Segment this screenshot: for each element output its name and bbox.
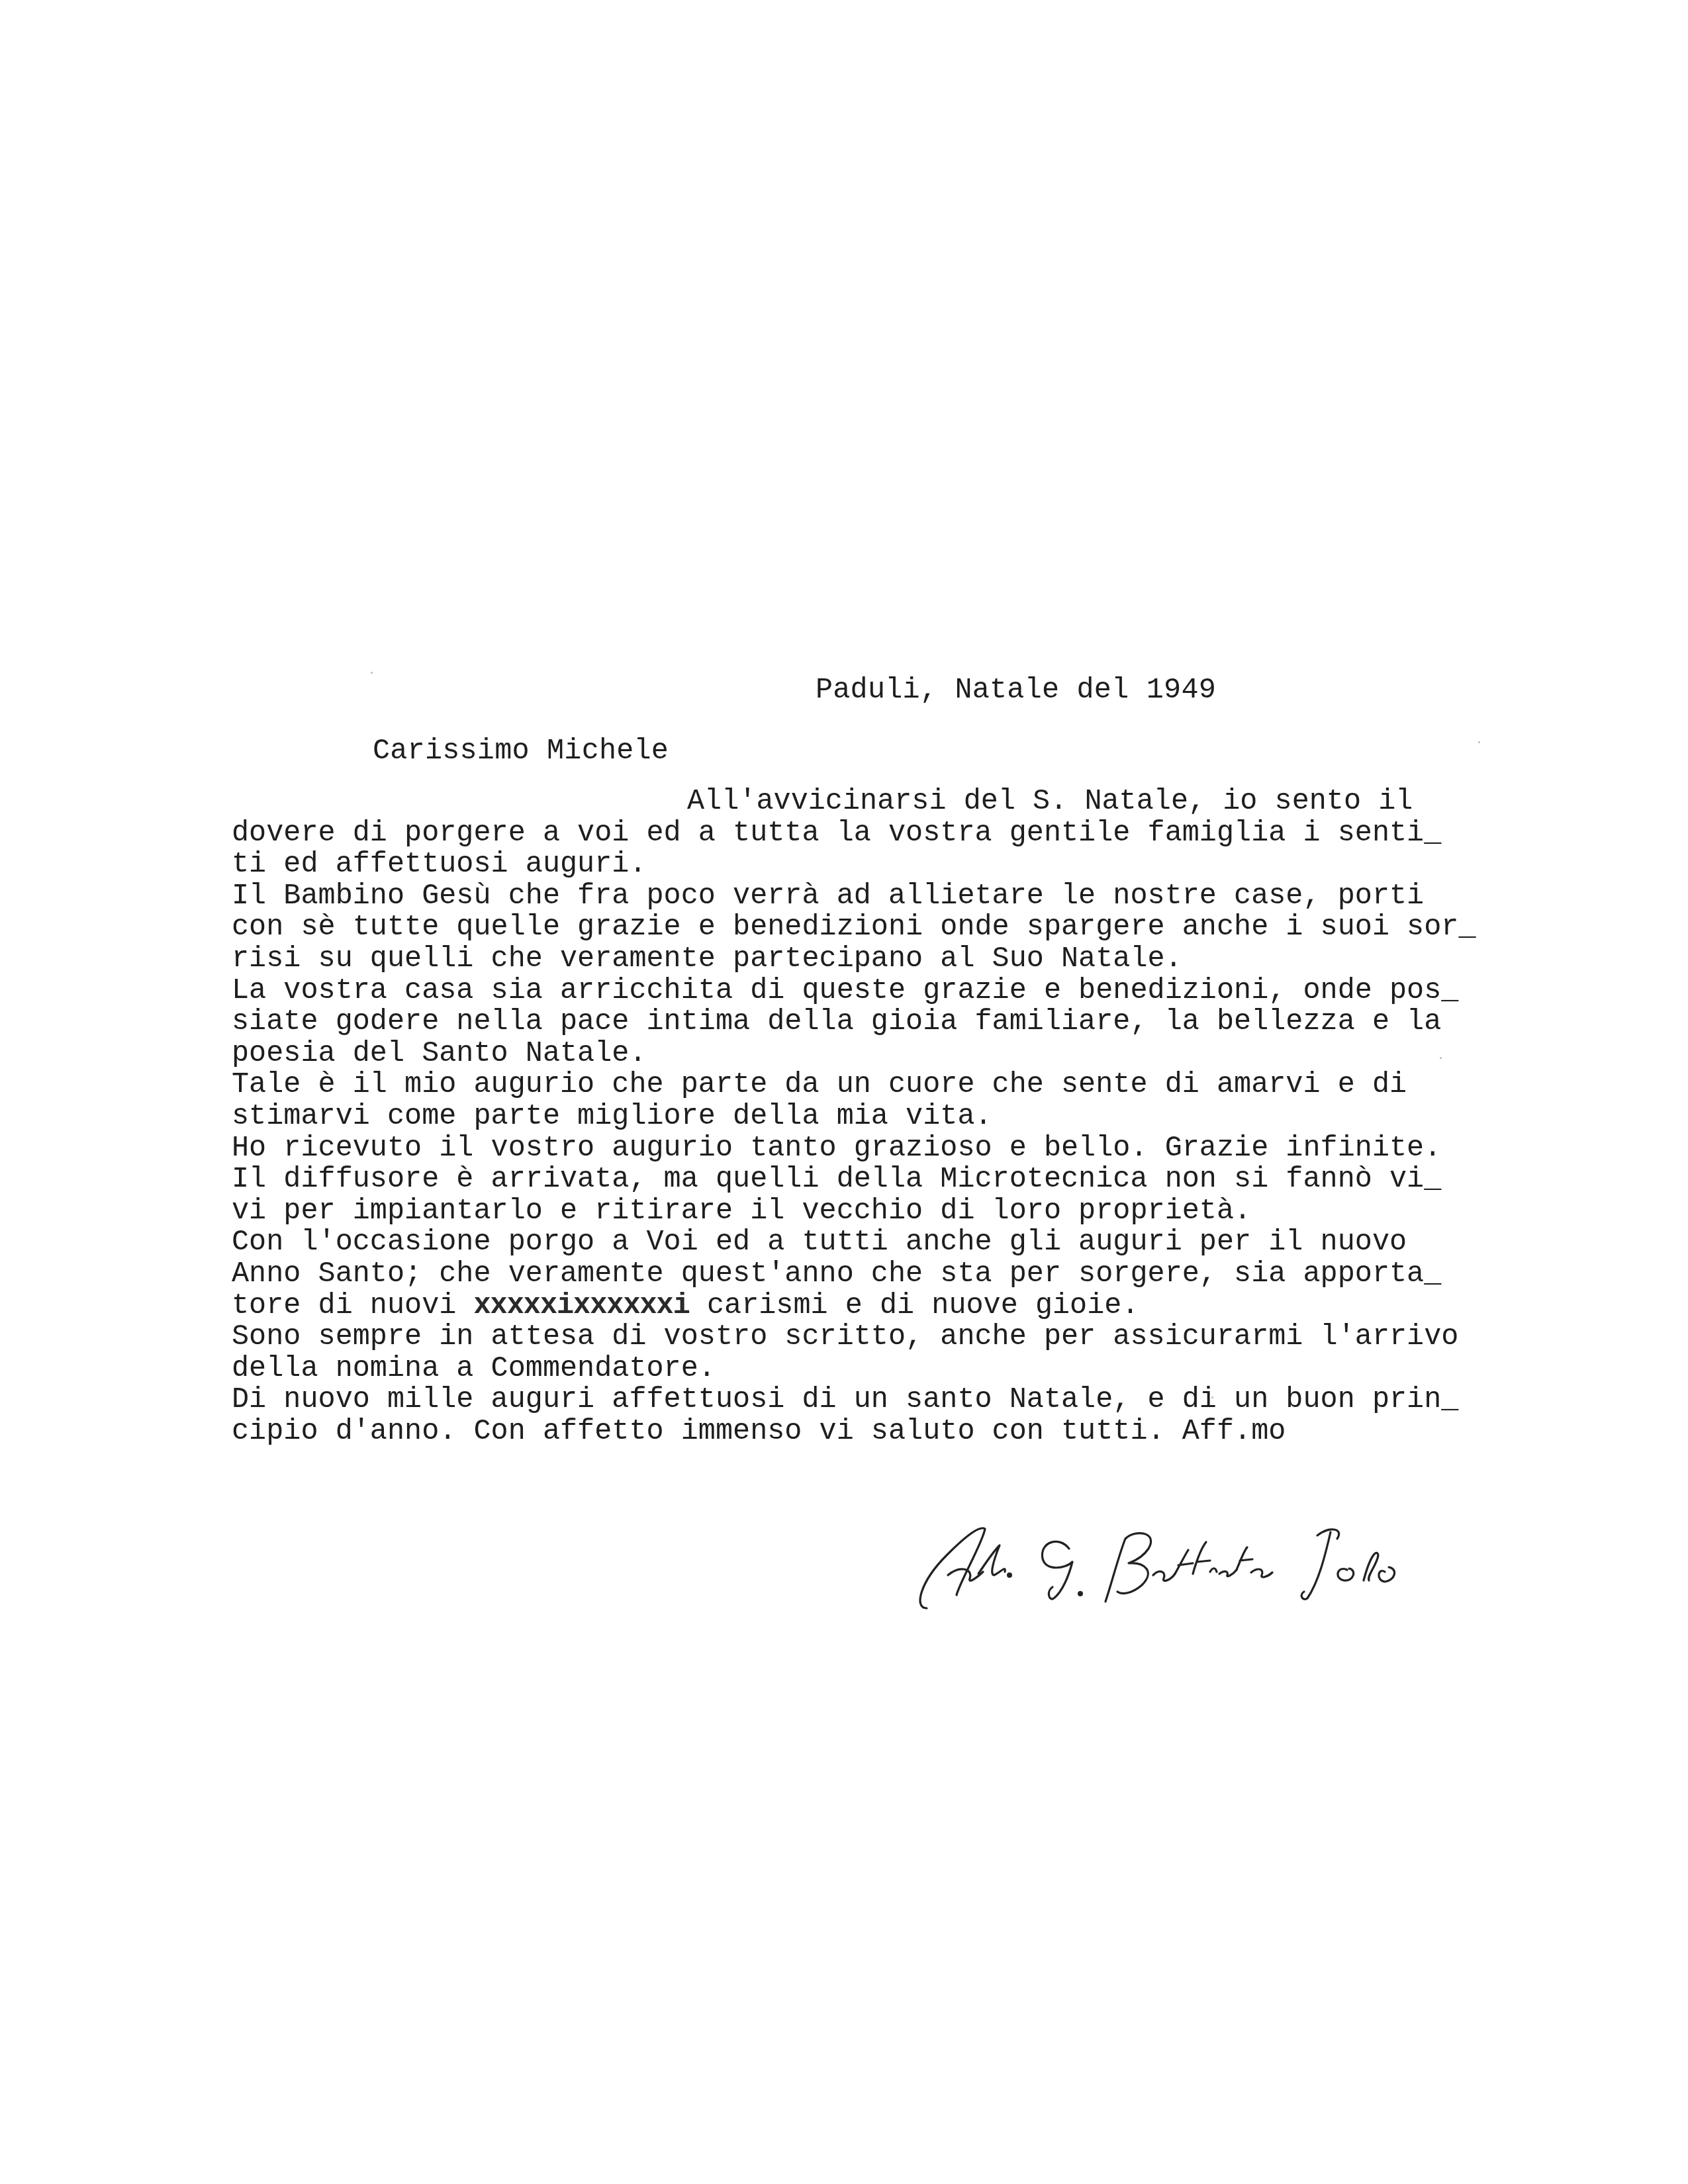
handwritten-signature bbox=[907, 1509, 1470, 1621]
body-line: Anno Santo; che veramente quest'anno che… bbox=[232, 1259, 1556, 1291]
body-line: Con l'occasione porgo a Voi ed a tutti a… bbox=[232, 1227, 1556, 1259]
body-line: Il Bambino Gesù che fra poco verrà ad al… bbox=[232, 881, 1556, 913]
body-line: La vostra casa sia arricchita di queste … bbox=[232, 976, 1556, 1007]
body-line: della nomina a Commendatore. bbox=[232, 1353, 1556, 1385]
body-line: con sè tutte quelle grazie e benedizioni… bbox=[232, 912, 1556, 944]
body-line: Il diffusore è arrivata, ma quelli della… bbox=[232, 1164, 1556, 1196]
struck-out-text: xxxxxixxxxxxi bbox=[473, 1290, 689, 1322]
body-line: Sono sempre in attesa di vostro scritto,… bbox=[232, 1322, 1556, 1353]
body-line: Ho ricevuto il vostro augurio tanto graz… bbox=[232, 1133, 1556, 1165]
body-line: vi per impiantarlo e ritirare il vecchio… bbox=[232, 1196, 1556, 1228]
letter-page: Paduli, Natale del 1949 Carissimo Michel… bbox=[0, 0, 1688, 2184]
body-line: risi su quelli che veramente partecipano… bbox=[232, 944, 1556, 976]
body-line: Tale è il mio augurio che parte da un cu… bbox=[232, 1069, 1556, 1101]
body-line-with-strikeout: tore di nuovi xxxxxixxxxxxi carismi e di… bbox=[232, 1291, 1556, 1322]
body-line: All'avvicinarsi del S. Natale, io sento … bbox=[232, 786, 1556, 818]
signature-scribble-icon bbox=[907, 1509, 1470, 1621]
body-line: Di nuovo mille auguri affettuosi di un s… bbox=[232, 1385, 1556, 1416]
paper-speck bbox=[371, 672, 373, 674]
place-date: Paduli, Natale del 1949 bbox=[816, 676, 1216, 705]
body-line: siate godere nella pace intima della gio… bbox=[232, 1007, 1556, 1038]
paper-speck bbox=[1478, 741, 1480, 743]
body-line: poesia del Santo Natale. bbox=[232, 1038, 1556, 1070]
body-line: ti ed affettuosi auguri. bbox=[232, 849, 1556, 881]
body-line: cipio d'anno. Con affetto immenso vi sal… bbox=[232, 1416, 1556, 1448]
letter-body: All'avvicinarsi del S. Natale, io sento … bbox=[232, 786, 1556, 1447]
text-after-strikeout: carismi e di nuove gioie. bbox=[690, 1290, 1139, 1322]
body-line: dovere di porgere a voi ed a tutta la vo… bbox=[232, 818, 1556, 850]
salutation: Carissimo Michele bbox=[373, 737, 669, 766]
body-line: stimarvi come parte migliore della mia v… bbox=[232, 1101, 1556, 1133]
text-before-strikeout: tore di nuovi bbox=[232, 1290, 473, 1322]
paper-speck bbox=[1211, 1396, 1213, 1398]
paper-speck bbox=[1440, 1057, 1442, 1059]
